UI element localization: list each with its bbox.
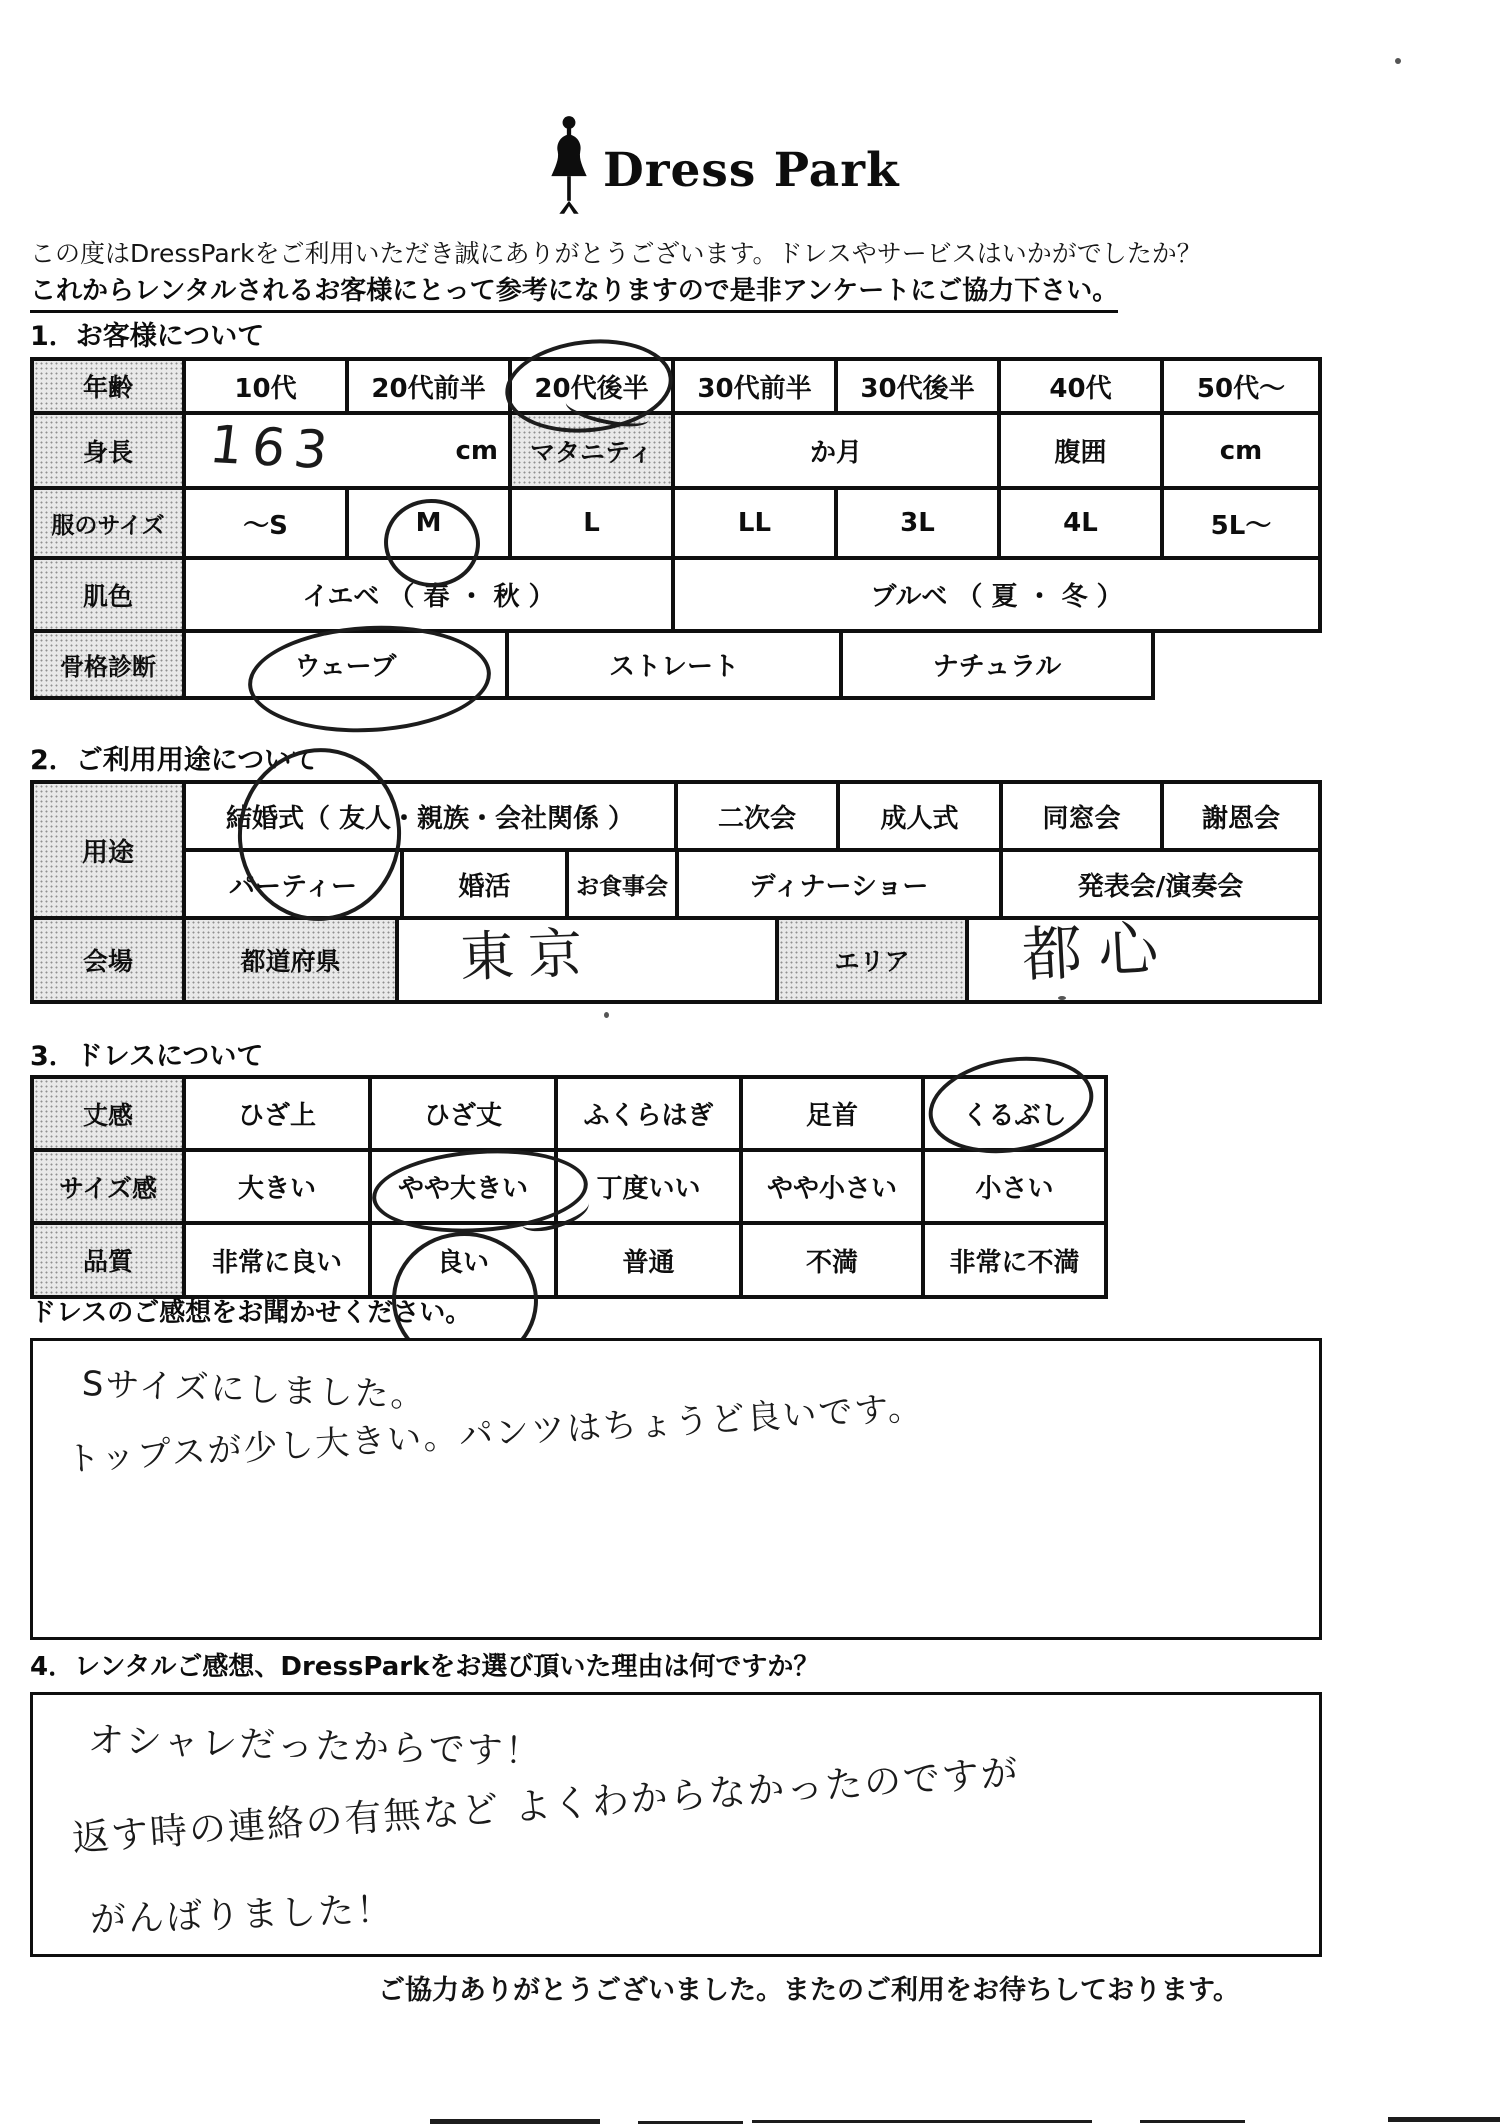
purpose-header: 用途	[30, 780, 186, 920]
scan-artifact	[1388, 2117, 1500, 2122]
months-label: か月	[675, 415, 1001, 486]
area-label: エリア	[779, 920, 969, 1000]
scanned-questionnaire: Dress Park この度はDressParkをご利用いただき誠にありがとうご…	[0, 0, 1500, 2127]
age-option-30s-early: 30代前半	[675, 361, 838, 411]
footer-thanks: ご協力ありがとうございました。またのご利用をお待ちしております。	[378, 1968, 1240, 2007]
dress-form-icon	[545, 115, 593, 233]
quality-very-good: 非常に良い	[186, 1225, 372, 1295]
skin-row: 肌色 イエベ （ 春 ・ 秋 ） ブルベ （ 夏 ・ 冬 ）	[30, 556, 1322, 633]
purpose-konkatsu: 婚活	[404, 852, 569, 916]
purpose-afterparty: 二次会	[678, 784, 840, 848]
age-option-50s: 50代〜	[1164, 361, 1318, 411]
frame-option-straight: ストレート	[509, 633, 843, 696]
age-row: 年齢 10代 20代前半 20代後半 30代前半 30代後半 40代 50代〜	[30, 357, 1322, 415]
length-knee: ひざ丈	[372, 1079, 558, 1148]
purpose-reunion: 同窓会	[1003, 784, 1164, 848]
intro-line-1: この度はDressParkをご利用いただき誠にありがとうございます。ドレスやサー…	[30, 234, 1202, 270]
length-calf: ふくらはぎ	[558, 1079, 743, 1148]
size-option-ll: LL	[675, 490, 838, 556]
scan-artifact	[638, 2121, 743, 2124]
waist-label: 腹囲	[1001, 415, 1164, 486]
scan-artifact	[430, 2119, 600, 2124]
purpose-dinner-meeting: お食事会	[569, 852, 679, 916]
handwritten-area: 都心	[1020, 900, 1176, 994]
scan-speck	[1395, 58, 1401, 64]
scan-artifact	[752, 2120, 1092, 2123]
height-header: 身長	[34, 415, 186, 486]
purpose-row-1: 結婚式（ 友人・親族・会社関係 ） 二次会 成人式 同窓会 謝恩会	[30, 780, 1322, 852]
fit-header: サイズ感	[34, 1152, 186, 1221]
venue-header: 会場	[34, 920, 186, 1000]
dress-feedback-label: ドレスのご感想をお聞かせください。	[30, 1292, 471, 1329]
height-unit: cm	[455, 436, 498, 466]
purpose-coming-of-age: 成人式	[840, 784, 1003, 848]
quality-normal: 普通	[558, 1225, 743, 1295]
intro-line-2: これからレンタルされるお客様にとって参考になりますので是非アンケートにご協力下さ…	[30, 270, 1118, 313]
logo: Dress Park	[545, 115, 900, 233]
handwritten-reason-line3: がんばりました！	[89, 1881, 395, 1943]
section4-heading: 4．レンタルご感想、DressParkをお選び頂いた理由は何ですか？	[30, 1646, 819, 1683]
skin-header: 肌色	[34, 560, 186, 629]
customer-table: 年齢 10代 20代前半 20代後半 30代前半 30代後半 40代 50代〜 …	[30, 357, 1322, 700]
size-option-l: L	[512, 490, 675, 556]
scan-speck	[604, 1012, 609, 1018]
size-option-4l: 4L	[1001, 490, 1164, 556]
age-option-30s-late: 30代後半	[838, 361, 1001, 411]
frame-header: 骨格診断	[34, 633, 186, 696]
length-header: 丈感	[34, 1079, 186, 1148]
handwritten-prefecture: 東京	[459, 910, 598, 992]
size-header: 服のサイズ	[34, 490, 186, 556]
fit-large: 大きい	[186, 1152, 372, 1221]
handwritten-height: 163	[206, 415, 339, 481]
scan-artifact	[1140, 2120, 1245, 2123]
age-header: 年齢	[34, 361, 186, 411]
quality-very-unsatisfied: 非常に不満	[925, 1225, 1104, 1295]
prefecture-label: 都道府県	[186, 920, 399, 1000]
length-above-knee: ひざ上	[186, 1079, 372, 1148]
size-option-s: 〜S	[186, 490, 349, 556]
size-option-5l: 5L〜	[1164, 490, 1318, 556]
section3-heading: 3．ドレスについて	[30, 1034, 263, 1073]
size-row: 服のサイズ 〜S M L LL 3L 4L 5L〜	[30, 486, 1322, 560]
waist-unit-label: cm	[1164, 415, 1318, 486]
age-option-10s: 10代	[186, 361, 349, 411]
quality-header: 品質	[34, 1225, 186, 1295]
fit-slightly-small: やや小さい	[743, 1152, 925, 1221]
logo-text: Dress Park	[603, 143, 900, 198]
frame-option-natural: ナチュラル	[843, 633, 1151, 696]
section1-heading: 1．お客様について	[30, 314, 264, 353]
scan-speck	[1058, 996, 1066, 1000]
length-ankle: 足首	[743, 1079, 925, 1148]
size-option-3l: 3L	[838, 490, 1001, 556]
quality-unsatisfied: 不満	[743, 1225, 925, 1295]
age-option-40s: 40代	[1001, 361, 1164, 411]
skin-option-blue-base: ブルベ （ 夏 ・ 冬 ）	[675, 560, 1318, 629]
fit-small: 小さい	[925, 1152, 1104, 1221]
quality-row: 品質 非常に良い 良い 普通 不満 非常に不満	[30, 1221, 1108, 1299]
purpose-dinner-show: ディナーショー	[679, 852, 1003, 916]
age-option-20s-early: 20代前半	[349, 361, 512, 411]
frame-row: 骨格診断 ウェーブ ストレート ナチュラル	[30, 629, 1155, 700]
purpose-thanks-party: 謝恩会	[1164, 784, 1318, 848]
